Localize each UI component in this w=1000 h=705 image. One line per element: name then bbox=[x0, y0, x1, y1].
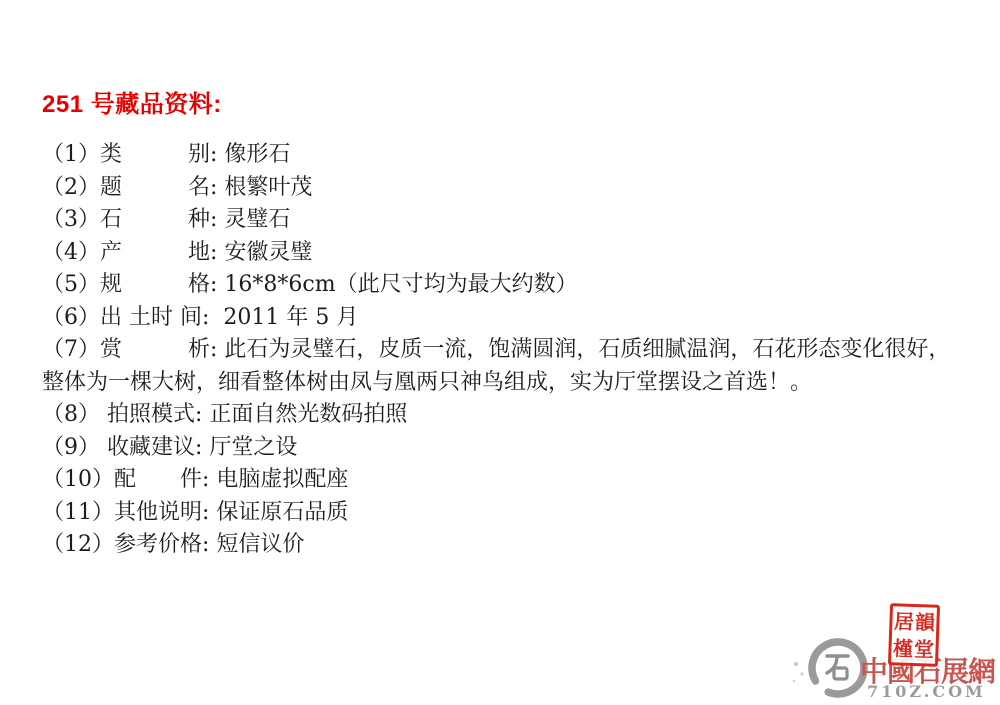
record-line-excavated-date: （6）出 土时 间: 2011 年 5 月 bbox=[42, 302, 962, 335]
record-line-accessory: （10）配 件: 电脑虚拟配座 bbox=[42, 464, 962, 497]
seal-character: 槿 bbox=[893, 638, 914, 659]
record-line-category: （1）类 别: 像形石 bbox=[42, 139, 962, 172]
record-line-advice: （9） 收藏建议: 厅堂之设 bbox=[42, 432, 962, 465]
record-line-stone-type: （3）石 种: 灵璧石 bbox=[42, 204, 962, 237]
record-list: （1）类 别: 像形石 （2）题 名: 根繁叶茂 （3）石 种: 灵璧石 （4）… bbox=[42, 139, 962, 562]
record-line-appreciation: （7）赏 析: 此石为灵璧石，皮质一流，饱满圆润，石质细腻温润，石花形态变化很好… bbox=[42, 334, 962, 399]
record-line-price: （12）参考价格: 短信议价 bbox=[42, 529, 962, 562]
seal-character: 韻 bbox=[915, 612, 936, 633]
record-line-origin: （4）产 地: 安徽灵璧 bbox=[42, 237, 962, 270]
record-line-other-notes: （11）其他说明: 保证原石品质 bbox=[42, 497, 962, 530]
page-title: 251 号藏品资料: bbox=[42, 84, 222, 119]
record-line-size: （5）规 格: 16*8*6cm（此尺寸均为最大约数） bbox=[42, 269, 962, 302]
collector-seal: 居 韻 槿 堂 bbox=[888, 603, 940, 667]
record-line-title: （2）题 名: 根繁叶茂 bbox=[42, 172, 962, 205]
record-line-photo-mode: （8） 拍照模式: 正面自然光数码拍照 bbox=[42, 399, 962, 432]
document-page: 251 号藏品资料: （1）类 别: 像形石 （2）题 名: 根繁叶茂 （3）石… bbox=[0, 0, 1000, 705]
watermark-site-url: 710Z.COM bbox=[867, 682, 986, 701]
seal-character: 堂 bbox=[914, 639, 935, 660]
seal-character: 居 bbox=[894, 611, 915, 632]
